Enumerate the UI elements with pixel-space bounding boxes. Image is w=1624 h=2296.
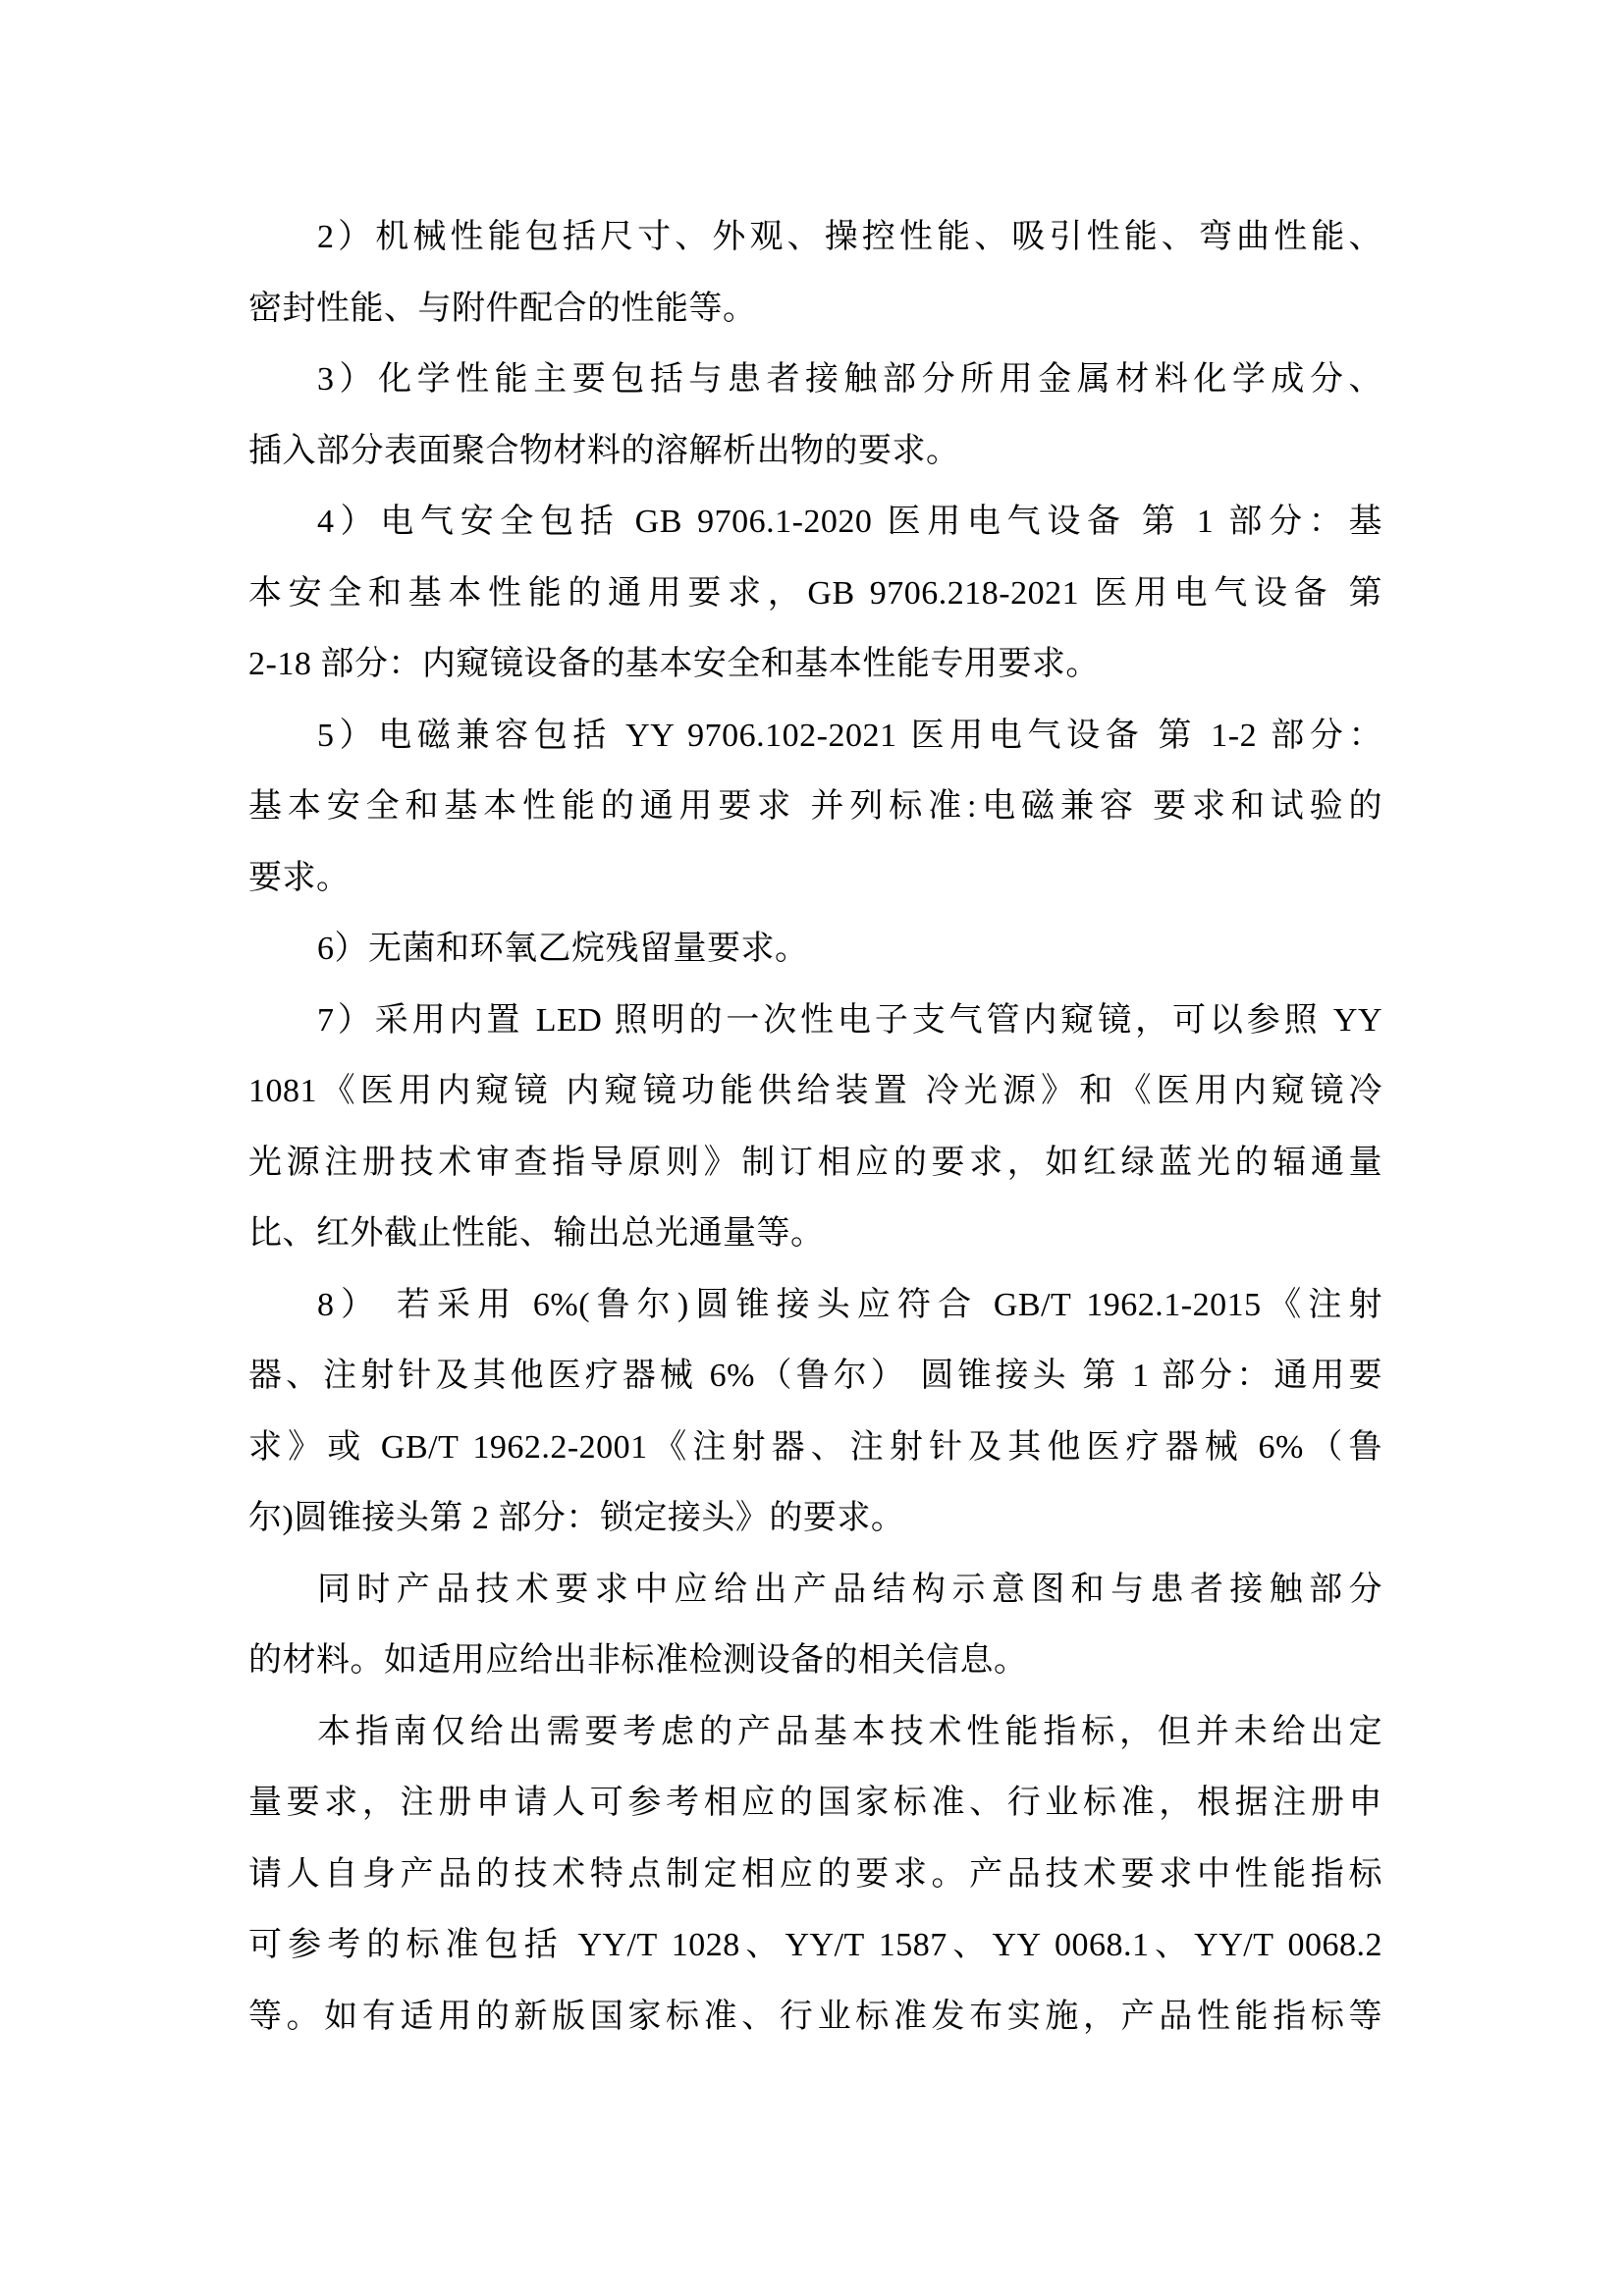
text-line: 密封性能、与附件配合的性能等。 — [248, 274, 1382, 346]
text-line: 可参考的标准包括 YY/T 1028、YY/T 1587、YY 0068.1、Y… — [248, 1910, 1382, 1982]
text-line: 要求。 — [248, 843, 1382, 915]
text-line: 比、红外截止性能、输出总光通量等。 — [248, 1199, 1382, 1270]
text-line: 器、注射针及其他医疗器械 6%（鲁尔） 圆锥接头 第 1 部分：通用要 — [248, 1341, 1382, 1413]
text-line: 基本安全和基本性能的通用要求 并列标准:电磁兼容 要求和试验的 — [248, 772, 1382, 843]
text-line: 光源注册技术审查指导原则》制订相应的要求，如红绿蓝光的辐通量 — [248, 1128, 1382, 1200]
text-line: 插入部分表面聚合物材料的溶解析出物的要求。 — [248, 416, 1382, 488]
text-line: 5）电磁兼容包括 YY 9706.102-2021 医用电气设备 第 1-2 部… — [248, 701, 1382, 773]
document-page: 2）机械性能包括尺寸、外观、操控性能、吸引性能、弯曲性能、密封性能、与附件配合的… — [0, 0, 1624, 2296]
text-line: 同时产品技术要求中应给出产品结构示意图和与患者接触部分 — [248, 1555, 1382, 1627]
text-line: 4）电气安全包括 GB 9706.1-2020 医用电气设备 第 1 部分：基 — [248, 487, 1382, 559]
text-line: 1081《医用内窥镜 内窥镜功能供给装置 冷光源》和《医用内窥镜冷 — [248, 1056, 1382, 1128]
text-line: 2）机械性能包括尺寸、外观、操控性能、吸引性能、弯曲性能、 — [248, 202, 1382, 274]
text-line: 本指南仅给出需要考虑的产品基本技术性能指标，但并未给出定 — [248, 1697, 1382, 1769]
text-line: 的材料。如适用应给出非标准检测设备的相关信息。 — [248, 1626, 1382, 1697]
text-line: 3）化学性能主要包括与患者接触部分所用金属材料化学成分、 — [248, 345, 1382, 416]
text-line: 请人自身产品的技术特点制定相应的要求。产品技术要求中性能指标 — [248, 1840, 1382, 1911]
document-body: 2）机械性能包括尺寸、外观、操控性能、吸引性能、弯曲性能、密封性能、与附件配合的… — [248, 202, 1382, 2053]
text-line: 等。如有适用的新版国家标准、行业标准发布实施，产品性能指标等 — [248, 1982, 1382, 2054]
text-line: 本安全和基本性能的通用要求，GB 9706.218-2021 医用电气设备 第 — [248, 559, 1382, 630]
text-line: 量要求，注册申请人可参考相应的国家标准、行业标准，根据注册申 — [248, 1768, 1382, 1840]
text-line: 尔)圆锥接头第 2 部分：锁定接头》的要求。 — [248, 1483, 1382, 1555]
text-line: 8） 若采用 6%(鲁尔)圆锥接头应符合 GB/T 1962.1-2015《注射 — [248, 1270, 1382, 1342]
text-line: 6）无菌和环氧乙烷残留量要求。 — [248, 914, 1382, 986]
text-line: 2-18 部分：内窥镜设备的基本安全和基本性能专用要求。 — [248, 629, 1382, 701]
text-line: 求》或 GB/T 1962.2-2001《注射器、注射针及其他医疗器械 6%（鲁 — [248, 1413, 1382, 1484]
text-line: 7）采用内置 LED 照明的一次性电子支气管内窥镜，可以参照 YY — [248, 986, 1382, 1057]
